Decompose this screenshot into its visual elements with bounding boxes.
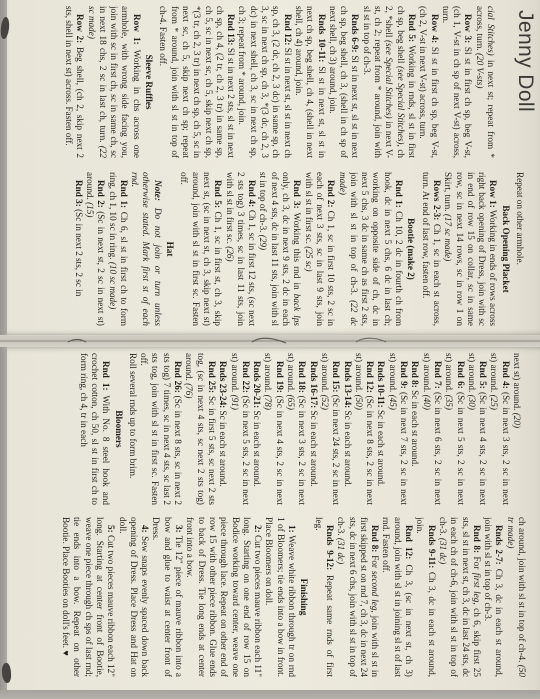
pattern-paragraph: next st) around. (20) (511, 353, 522, 505)
text-column: next st) around. (20)Rnd 4: (Sc in next … (11, 353, 522, 505)
section-heading: Bloomers (112, 353, 123, 505)
pattern-paragraph: Row 4: Sl st in first ch sp, beg V-st, (… (417, 6, 440, 158)
section-heading: Finishing (298, 517, 309, 677)
pattern-paragraph: Rnd 12: Ch 3, (sc in next st, ch 3) arou… (380, 517, 414, 677)
pattern-paragraph: 4: Sew snaps evenly spaced down back ope… (116, 517, 150, 677)
pattern-paragraph: 3: Tie 12" piece of mauve ribbon into a … (150, 517, 184, 677)
pattern-paragraph: Rnd 6: (Sc in next 5 sts, 2 sc in next s… (443, 353, 466, 505)
pattern-paragraph: Rnd 3: (Sc in next 2 sts, 2 sc in (72, 172, 83, 326)
section-heading: Back Opening Placket (499, 172, 510, 326)
page-title: Jenny Doll (513, 10, 537, 112)
pattern-paragraph: Row 1: Working in chs across one armhole… (85, 6, 141, 158)
pattern-paragraph: Rnd 3: Working this rnd in back lps only… (257, 172, 302, 326)
book-gutter (0, 335, 540, 347)
pattern-paragraph: Row 1: Working in ends of rows across ri… (442, 172, 498, 326)
section-heading: Bootie (make 2) (405, 172, 416, 326)
pattern-paragraph: Rnds 10-11: Sl st in next st, sl st in n… (293, 6, 327, 158)
pattern-paragraph: Rnd 19: (Sc in next 4 sts, 2 sc in next … (262, 353, 285, 505)
pattern-paragraph: cial Stitches) in next st; repeat from *… (473, 6, 496, 158)
pattern-paragraph: ch around, join with sl st in top of ch-… (504, 517, 527, 677)
pattern-paragraph: Rnds 20-21: Sc in each st around. (251, 353, 262, 505)
pattern-paragraph: Rnd 2: Ch 1, sc in first 10 sts, 2 sc in… (302, 172, 336, 326)
pattern-paragraph: Rnds 6-9: Sl st in next st, sl st in nex… (327, 6, 361, 158)
pattern-paragraph: Rnds 23-24: Sc in each st around. (217, 353, 228, 505)
pattern-paragraph: Rnd 22: (Sc in next 5 sts, 2 sc in next … (228, 353, 251, 505)
pattern-paragraph: 1: Weave white ribbon through tr on rnd … (263, 517, 297, 677)
pattern-paragraph: Rnd 5: (Sc in next 4 sts, 2 sc in next s… (466, 353, 489, 505)
text-column: Repeat on other armhole.Back Opening Pla… (9, 172, 525, 326)
pattern-paragraph: Rnd 13: Sl st in next 2 sts, sl st in ne… (157, 6, 236, 158)
pattern-paragraph: Rnds 9-11: Ch 3, dc in each st around, j… (414, 517, 437, 677)
pattern-paragraph: Row 3: Sl st in first ch sp, beg V-st, (… (440, 6, 474, 158)
pattern-paragraph: Rnd 8: For second leg, join with sl st i… (335, 517, 380, 677)
rotated-page-content: next st) around. (20)Rnd 4: (Sc in next … (7, 347, 540, 690)
pattern-paragraph: Rnd 1: Ch 6, sl st in first ch to form r… (106, 172, 129, 326)
pattern-paragraph: Row 2: Beg shell, (ch 2, skip next 2 sts… (63, 6, 86, 158)
section-heading: Hat (164, 172, 175, 326)
pattern-paragraph: Rnd 12: Sl st in next st, sl st in next … (236, 6, 292, 158)
text-column: ch around, join with sl st in top of ch-… (11, 517, 527, 677)
pattern-paragraph: Rnd 9: (Sc in next 7 sts, 2 sc in next s… (386, 353, 409, 505)
pattern-paragraph: Rnd 1: Ch 10, 2 dc in fourth ch from hoo… (336, 172, 404, 326)
pattern-paragraph: Rnd 5: Ch 1, sc in first st, ch 3, skip … (178, 172, 223, 326)
pattern-paragraph: Rnd 8: Sc in each st around. (409, 353, 420, 505)
page-edge-bottom (0, 690, 540, 699)
pattern-paragraph: Rnd 4: Ch 1, sc in first 12 sts, (sc nex… (223, 172, 257, 326)
pattern-paragraph: Rnd 8: For first leg, ch 6, skip first 2… (437, 517, 482, 677)
pattern-paragraph: Roll several rnds up to form brim. (127, 353, 138, 505)
pattern-paragraph: Rnd 15: (Sc in next 24 sts, 2 sc in next… (319, 353, 342, 505)
scanned-book-spread: Jenny Doll cial Stitches) in next st; re… (0, 0, 540, 699)
pattern-paragraph: 5: Cut two pieces mauve ribbon each 12" … (60, 517, 116, 677)
pattern-paragraph: Rows 2-3: Ch 1, sc in each st across, tu… (419, 172, 442, 326)
pattern-paragraph: Rnd 12: (Sc in next 8 sts, 2 sc in next … (353, 353, 376, 505)
pattern-paragraph: Rnd 1: With No. 8 steel hook and crochet… (77, 353, 111, 505)
section-heading: Sleeve Ruffles (143, 6, 154, 158)
book-page-right: Jenny Doll cial Stitches) in next st; re… (7, 0, 540, 335)
pattern-paragraph: Rnd 4: (Sc in next 3 sts, 2 sc in next s… (488, 353, 511, 505)
pattern-paragraph: Rnd 26: (Sc in next 8 sts, sc in next 2 … (138, 353, 183, 505)
pattern-paragraph: Rnds 9-12: Repeat same rnds of first leg… (312, 517, 335, 677)
pattern-paragraph: Rnds 16-17: Sc in each st around. (307, 353, 318, 505)
pattern-paragraph: Rnd 25: Sc in first 5 sts, sc next 2 sts… (183, 353, 217, 505)
rotated-page-content: Jenny Doll cial Stitches) in next st; re… (7, 0, 540, 335)
pattern-paragraph: Rnds 2-7: Ch 3, dc in each st around, jo… (482, 517, 505, 677)
pattern-paragraph: Rnd 18: (Sc in next 3 sts, 2 sc in next … (285, 353, 308, 505)
pattern-paragraph: Rnds 13-14: Sc in each st around. (341, 353, 352, 505)
pattern-paragraph: Repeat on other armhole. (514, 172, 525, 326)
pattern-paragraph: Note: Do not join or turn unless otherwi… (129, 172, 163, 326)
pattern-paragraph: 2: Cut two pieces mauve ribbon each 11" … (184, 517, 263, 677)
pattern-paragraph: Rnd 7: (Sc in next 6 sts, 2 sc in next s… (420, 353, 443, 505)
pattern-paragraph: Rnds 10-11: Sc in each st around. (375, 353, 386, 505)
binding-thread-marks-icon (0, 335, 540, 347)
book-page-left: next st) around. (20)Rnd 4: (Sc in next … (7, 347, 540, 690)
pattern-paragraph: Rnd 5: Working in rnds, sl st in first c… (360, 6, 416, 158)
text-column: cial Stitches) in next st; repeat from *… (9, 6, 496, 158)
pattern-paragraph: Rnd 2: (Sc in next st, 2 sc in next st) … (84, 172, 107, 326)
